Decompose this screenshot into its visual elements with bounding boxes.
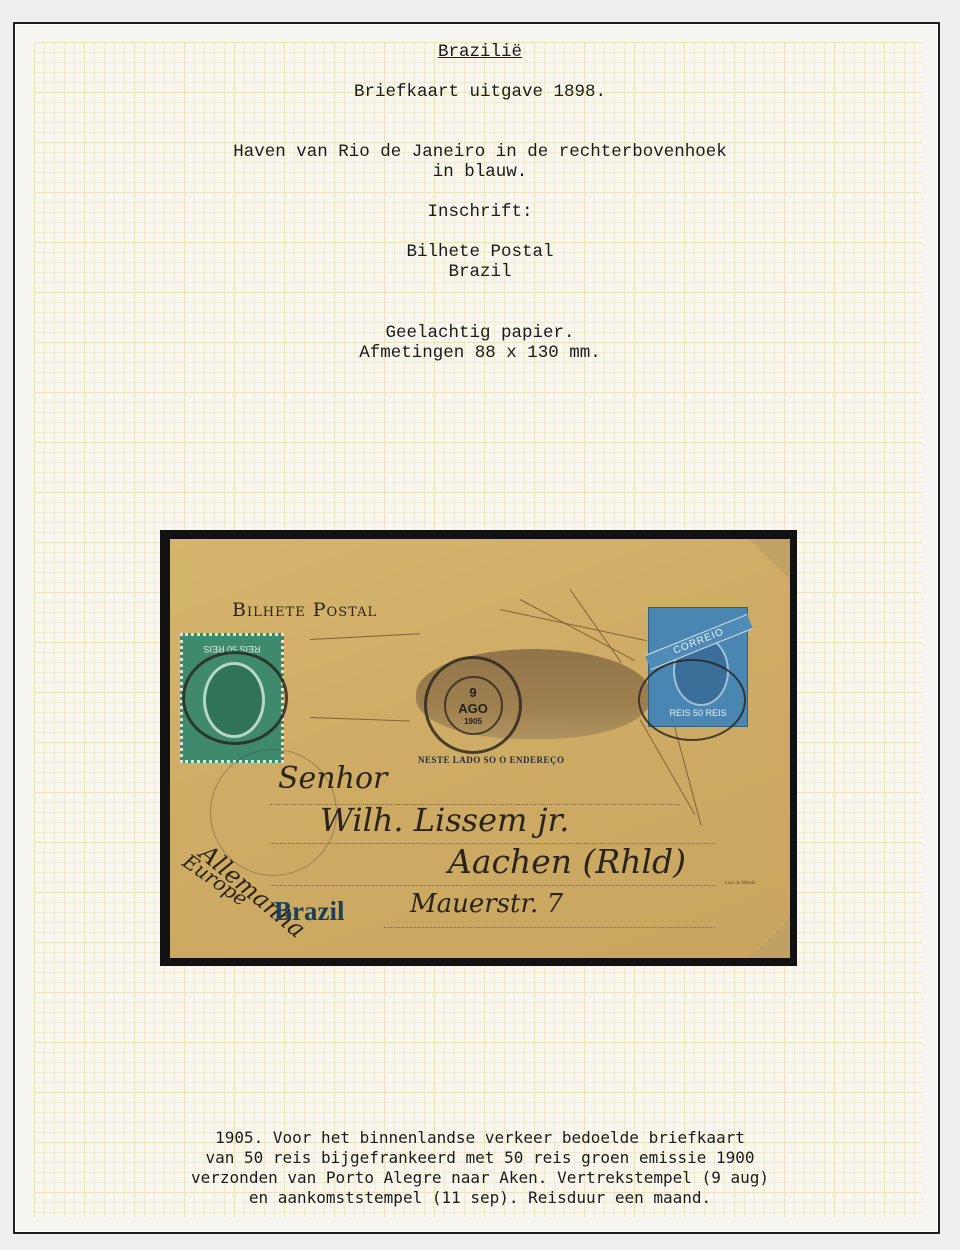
flourish <box>310 633 420 640</box>
palm-frond <box>500 609 647 641</box>
caption-line-1: 1905. Voor het binnenlandse verkeer bedo… <box>0 1128 960 1148</box>
postmark-month: AGO <box>427 701 519 716</box>
inscription-label: Inschrift: <box>0 202 960 222</box>
postcard: Bilhete Postal CORREIO REIS 50 REIS REIS… <box>170 539 790 958</box>
handwritten-city: Aachen (Rhld) <box>448 842 686 881</box>
address-note: NESTE LADO SO O ENDEREÇO <box>418 755 565 765</box>
postmark-year: 1905 <box>427 717 519 726</box>
right-cancellation <box>638 659 746 741</box>
paper-line-2: Afmetingen 88 x 130 mm. <box>0 343 960 363</box>
left-cancellation <box>182 651 288 745</box>
caption: 1905. Voor het binnenlandse verkeer bedo… <box>0 1128 960 1208</box>
handwritten-street: Mauerstr. 7 <box>410 889 563 919</box>
address-line <box>270 885 715 886</box>
postcard-header: Bilhete Postal <box>232 599 377 621</box>
page-title: Brazilië <box>0 42 960 62</box>
handwritten-salutation: Senhor <box>278 761 387 796</box>
postcard-country: Brazil <box>274 896 344 927</box>
page-subtitle: Briefkaart uitgave 1898. <box>0 82 960 102</box>
inscription-line-1: Bilhete Postal <box>0 242 960 262</box>
inscription-line-2: Brazil <box>0 262 960 282</box>
handwritten-name: Wilh. Lissem jr. <box>320 801 569 839</box>
paper-line-1: Geelachtig papier. <box>0 323 960 343</box>
caption-line-2: van 50 reis bijgefrankeerd met 50 reis g… <box>0 1148 960 1168</box>
artist-signature: Luiz de Mendo <box>725 881 756 886</box>
caption-line-3: verzonden van Porto Alegre naar Aken. Ve… <box>0 1168 960 1188</box>
postmark-day: 9 <box>427 685 519 700</box>
departure-postmark: 9 AGO 1905 <box>424 656 522 754</box>
description-line-1: Haven van Rio de Janeiro in de rechterbo… <box>0 142 960 162</box>
address-line <box>384 927 714 928</box>
flourish <box>310 717 410 721</box>
caption-line-4: en aankomststempel (11 sep). Reisduur ee… <box>0 1188 960 1208</box>
description-line-2: in blauw. <box>0 162 960 182</box>
